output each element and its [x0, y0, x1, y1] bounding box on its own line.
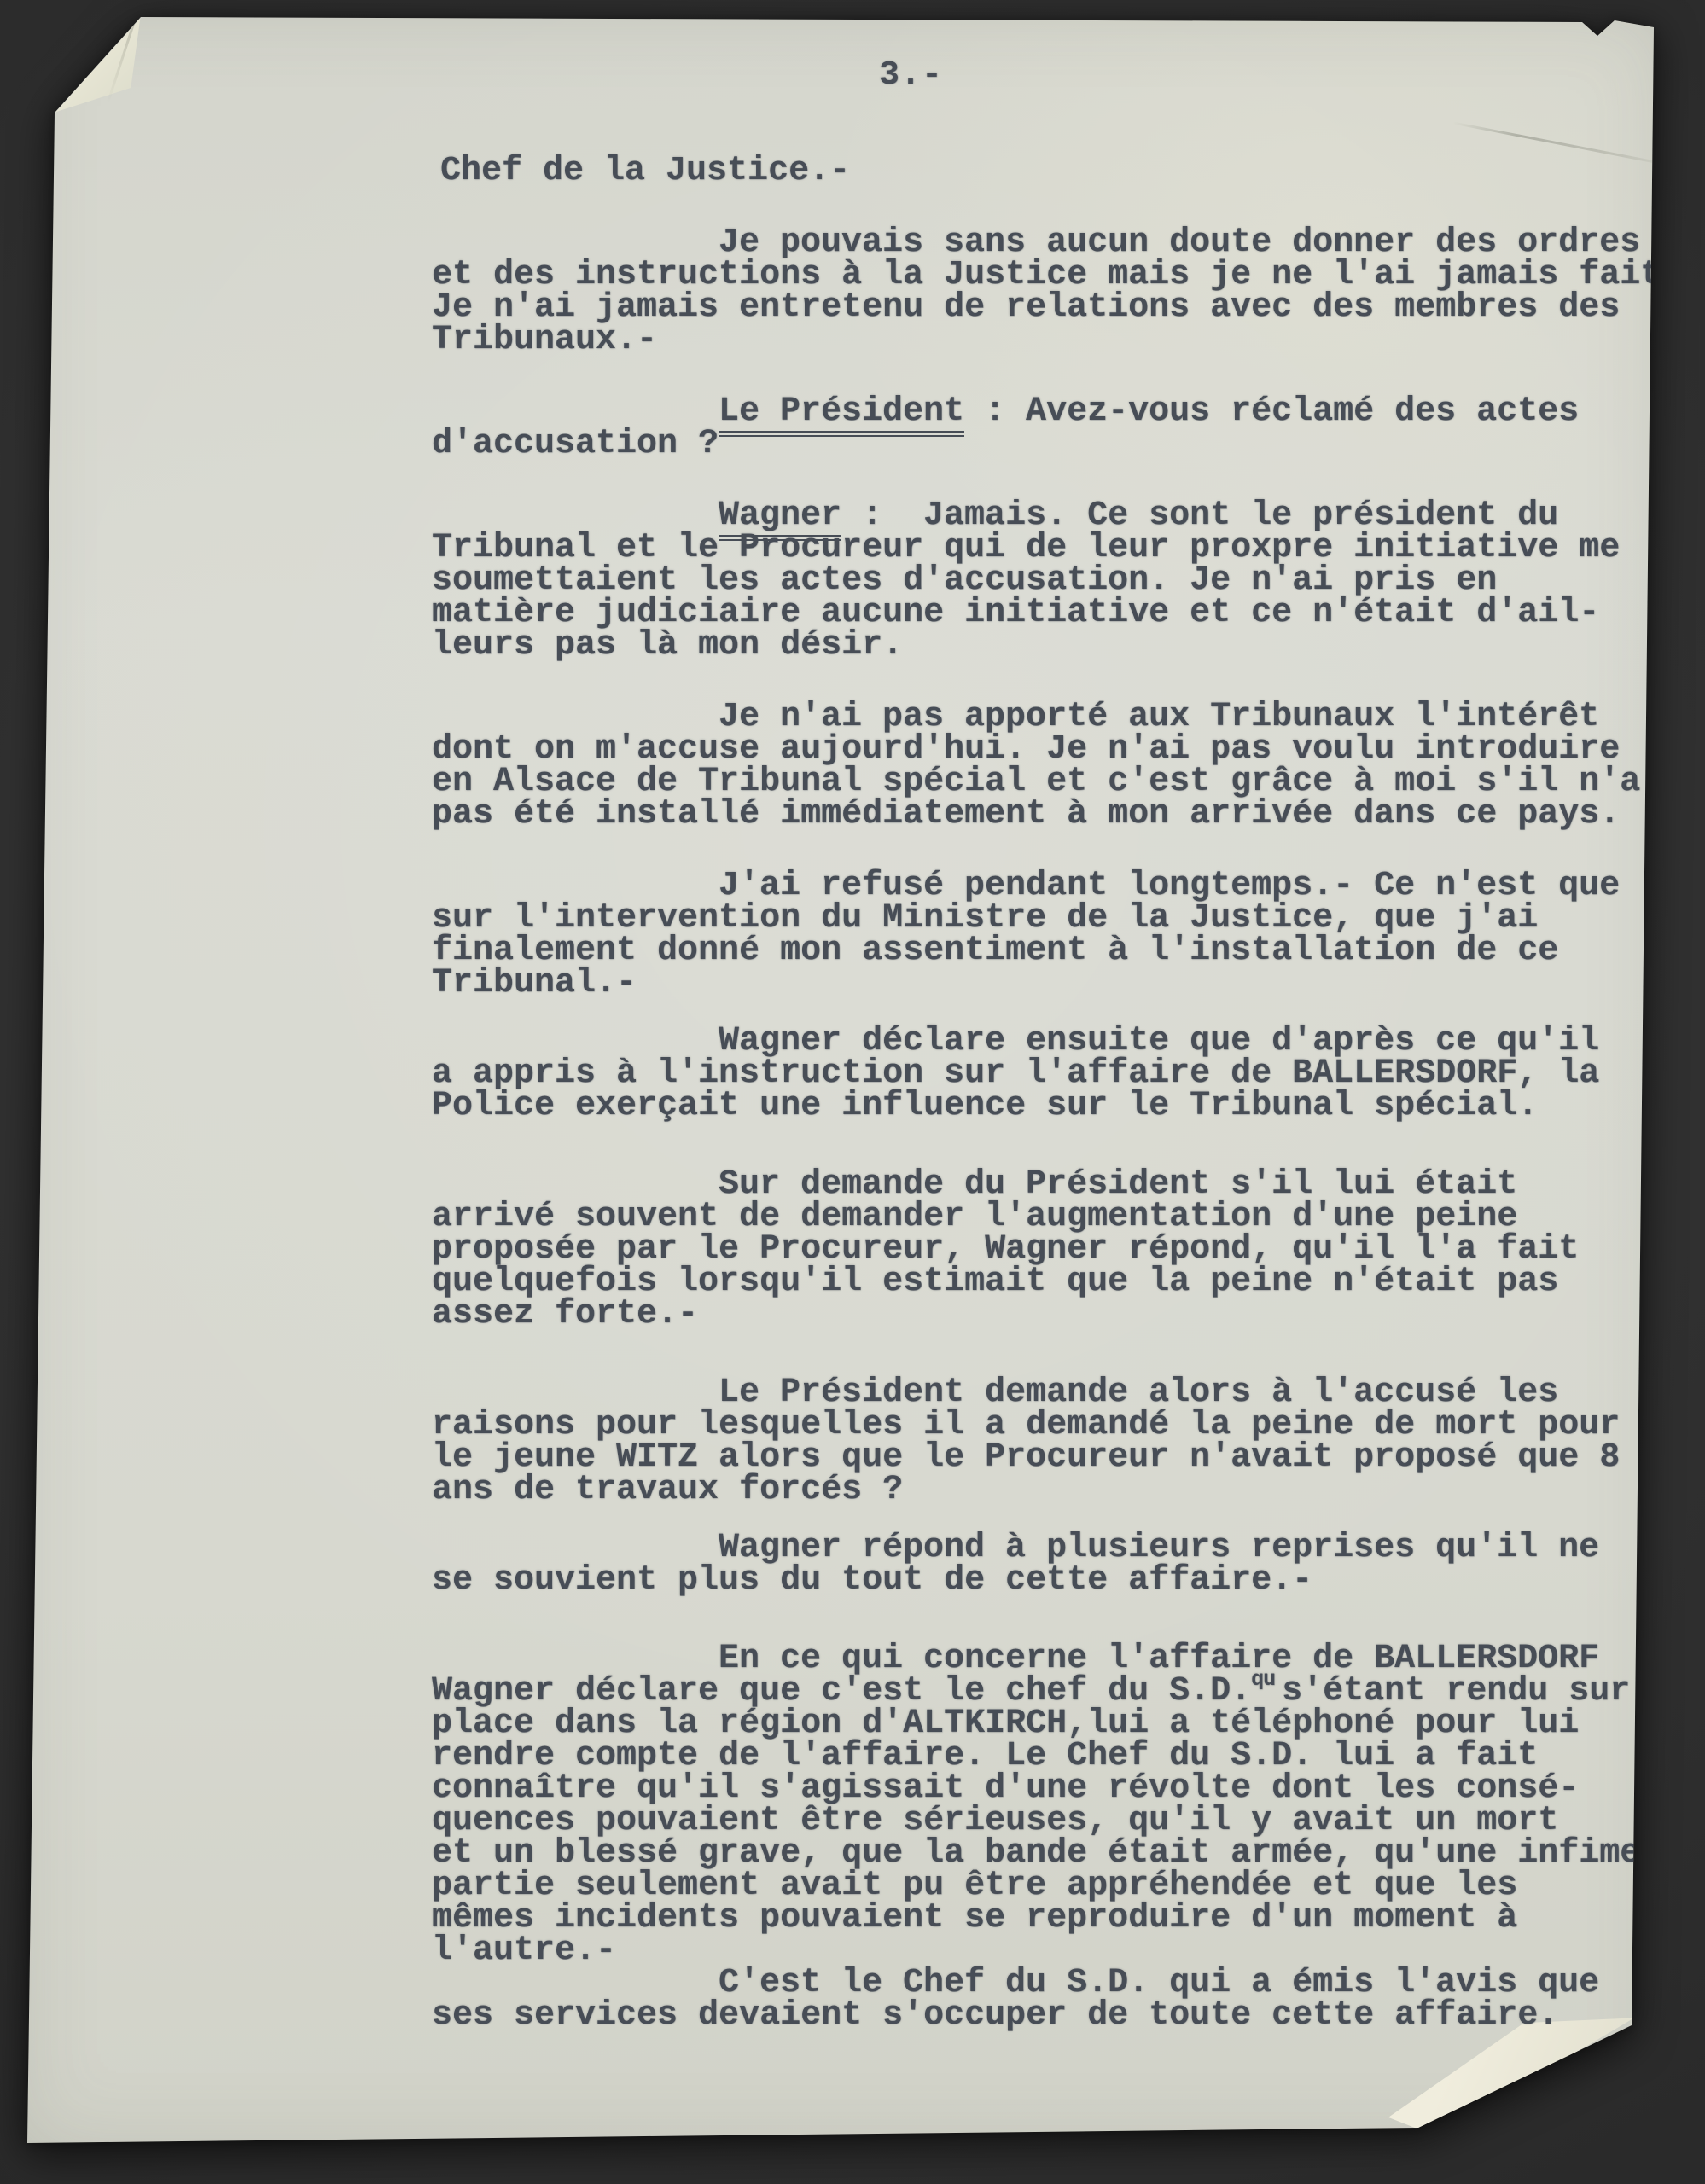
paragraph: Wagner : Jamais. Ce sont le président du… — [432, 500, 1691, 662]
text-line: assez forte.- — [432, 1298, 1691, 1331]
text-line: et un blessé grave, que la bande était a… — [432, 1838, 1691, 1870]
text-segment: qu — [1251, 1669, 1282, 1690]
text-line: arrivé souvent de demander l'augmentatio… — [432, 1201, 1691, 1234]
text-segment: leurs pas là mon désir. — [432, 626, 903, 665]
text-line: Tribunal et le Procureur qui de leur pro… — [432, 532, 1691, 565]
text-line: Tribunaux.- — [432, 324, 1691, 357]
text-line: rendre compte de l'affaire. Le Chef du S… — [432, 1740, 1691, 1773]
paragraph: Sur demande du Président s'il lui étaita… — [432, 1169, 1691, 1331]
text-line: Wagner répond à plusieurs reprises qu'il… — [432, 1532, 1691, 1565]
paper-sheet: 3.- Chef de la Justice.- Je pouvais sans… — [19, 9, 1666, 2152]
text-line: raisons pour lesquelles il a demandé la … — [432, 1409, 1691, 1442]
text-line: J'ai refusé pendant longtemps.- Ce n'est… — [432, 870, 1691, 903]
paragraph: Le Président : Avez-vous réclamé des act… — [432, 396, 1691, 461]
text-segment: Tribunaux.- — [432, 321, 657, 359]
text-line: proposée par le Procureur, Wagner répond… — [432, 1234, 1691, 1266]
text-segment: Tribunal.- — [432, 964, 637, 1002]
text-line: pas été installé immédiatement à mon arr… — [432, 799, 1691, 831]
text-line: Sur demande du Président s'il lui était — [432, 1169, 1691, 1201]
typed-text-column: Chef de la Justice.- Je pouvais sans auc… — [432, 9, 1691, 2032]
text-segment: assez forte.- — [432, 1295, 698, 1333]
paragraph: C'est le Chef du S.D. qui a émis l'avis … — [432, 1967, 1691, 2032]
text-segment: se souvient plus du tout de cette affair… — [432, 1561, 1312, 1600]
text-line: Police exerçait une influence sur le Tri… — [432, 1090, 1691, 1123]
text-line: Je n'ai jamais entretenu de relations av… — [432, 292, 1691, 324]
text-line: en Alsace de Tribunal spécial et c'est g… — [432, 766, 1691, 799]
text-line: mêmes incidents pouvaient se reproduire … — [432, 1902, 1691, 1935]
text-line: quelquefois lorsqu'il estimait que la pe… — [432, 1266, 1691, 1298]
text-segment: Police exerçait une influence sur le Tri… — [432, 1087, 1538, 1125]
text-line: et des instructions à la Justice mais je… — [432, 259, 1691, 292]
paragraph-list: Je pouvais sans aucun doute donner des o… — [432, 227, 1691, 2032]
text-line: finalement donné mon assentiment à l'ins… — [432, 935, 1691, 967]
text-line: connaître qu'il s'agissait d'une révolte… — [432, 1773, 1691, 1805]
text-line: Wagner déclare que c'est le chef du S.D.… — [432, 1676, 1691, 1708]
text-line: Wagner : Jamais. Ce sont le président du — [432, 500, 1691, 532]
text-line: soumettaient les actes d'accusation. Je … — [432, 565, 1691, 597]
text-line: sur l'intervention du Ministre de la Jus… — [432, 903, 1691, 935]
text-line: Je n'ai pas apporté aux Tribunaux l'inté… — [432, 701, 1691, 734]
text-segment: l'autre.- — [432, 1931, 616, 1970]
photo-backdrop: 3.- Chef de la Justice.- Je pouvais sans… — [0, 0, 1705, 2184]
text-segment: pas été installé immédiatement à mon arr… — [432, 795, 1620, 834]
paragraph: Je pouvais sans aucun doute donner des o… — [432, 227, 1691, 357]
paragraph: En ce qui concerne l'affaire de BALLERSD… — [432, 1643, 1691, 1967]
text-line: ses services devaient s'occuper de toute… — [432, 2000, 1691, 2032]
text-line: C'est le Chef du S.D. qui a émis l'avis … — [432, 1967, 1691, 2000]
text-line: leurs pas là mon désir. — [432, 630, 1691, 662]
text-line: Tribunal.- — [432, 967, 1691, 1000]
text-line: a appris à l'instruction sur l'affaire d… — [432, 1058, 1691, 1090]
text-line: l'autre.- — [432, 1935, 1691, 1967]
paragraph: Wagner répond à plusieurs reprises qu'il… — [432, 1532, 1691, 1597]
text-line: matière judiciaire aucune initiative et … — [432, 597, 1691, 630]
text-segment: ses services devaient s'occuper de toute… — [432, 1996, 1558, 2035]
text-segment: ans de travaux forcés ? — [432, 1471, 903, 1509]
text-line: ans de travaux forcés ? — [432, 1474, 1691, 1507]
speaker-name: Le Président — [719, 392, 964, 437]
text-line: se souvient plus du tout de cette affair… — [432, 1565, 1691, 1597]
text-line: dont on m'accuse aujourd'hui. Je n'ai pa… — [432, 734, 1691, 766]
paper-fold-bottom-right — [1381, 2017, 1637, 2138]
text-line: Wagner déclare ensuite que d'après ce qu… — [432, 1025, 1691, 1058]
text-line: le jeune WITZ alors que le Procureur n'a… — [432, 1442, 1691, 1474]
document-page: 3.- Chef de la Justice.- Je pouvais sans… — [19, 9, 1666, 2152]
text-line: Je pouvais sans aucun doute donner des o… — [432, 227, 1691, 259]
paragraph: Le Président demande alors à l'accusé le… — [432, 1377, 1691, 1507]
text-segment: : Avez-vous réclamé des actes — [964, 392, 1579, 431]
text-line: En ce qui concerne l'affaire de BALLERSD… — [432, 1643, 1691, 1676]
text-line: Le Président demande alors à l'accusé le… — [432, 1377, 1691, 1409]
text-line: partie seulement avait pu être appréhend… — [432, 1870, 1691, 1902]
paragraph: Wagner déclare ensuite que d'après ce qu… — [432, 1025, 1691, 1123]
paragraph: Je n'ai pas apporté aux Tribunaux l'inté… — [432, 701, 1691, 831]
text-segment: d'accusation ? — [432, 425, 719, 463]
document-heading: Chef de la Justice.- — [440, 155, 1691, 188]
text-line: quences pouvaient être sérieuses, qu'il … — [432, 1805, 1691, 1838]
paragraph: J'ai refusé pendant longtemps.- Ce n'est… — [432, 870, 1691, 1000]
text-line: place dans la région d'ALTKIRCH,lui a té… — [432, 1708, 1691, 1740]
text-line: Le Président : Avez-vous réclamé des act… — [432, 396, 1691, 428]
text-line: d'accusation ? — [432, 428, 1691, 461]
